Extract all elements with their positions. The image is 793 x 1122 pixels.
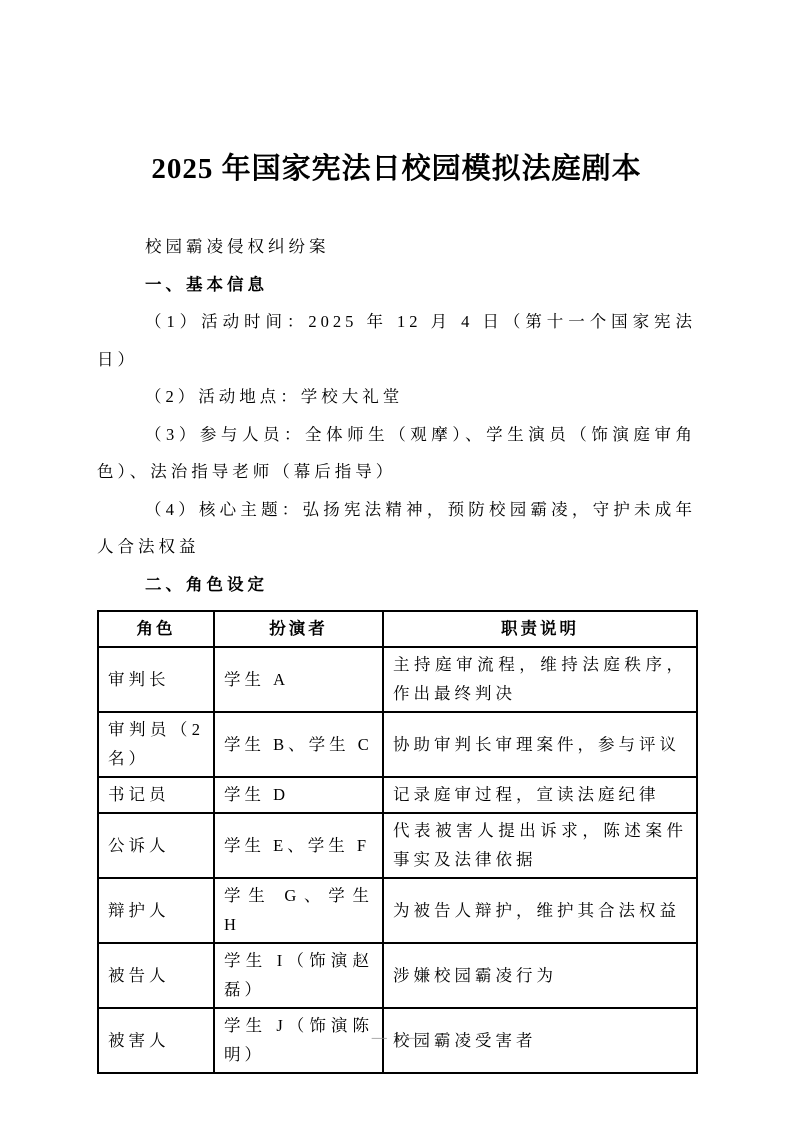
player-cell: 学生 G、学生 H: [214, 878, 383, 943]
duty-cell: 为被告人辩护，维护其合法权益: [383, 878, 697, 943]
footer-dash-left: —: [366, 1030, 393, 1046]
role-cell: 审判员（2名）: [98, 712, 214, 777]
player-cell: 学生 D: [214, 777, 383, 813]
roles-table: 角色 扮演者 职责说明 审判长 学生 A 主持庭审流程，维持法庭秩序，作出最终判…: [97, 610, 698, 1074]
document-content: 2025 年国家宪法日校园模拟法庭剧本 校园霸凌侵权纠纷案 一、基本信息 （1）…: [97, 0, 696, 1074]
player-cell: 学生 B、学生 C: [214, 712, 383, 777]
table-row: 审判长 学生 A 主持庭审流程，维持法庭秩序，作出最终判决: [98, 647, 697, 712]
footer-dash-right: —: [400, 1030, 427, 1046]
document-title: 2025 年国家宪法日校园模拟法庭剧本: [97, 150, 696, 188]
table-row: 书记员 学生 D 记录庭审过程，宣读法庭纪律: [98, 777, 697, 813]
info-item-theme: （4）核心主题：弘扬宪法精神，预防校园霸凌，守护未成年人合法权益: [97, 491, 696, 566]
table-row: 公诉人 学生 E、学生 F 代表被害人提出诉求，陈述案件事实及法律依据: [98, 813, 697, 878]
page-footer: —1—: [0, 1030, 793, 1047]
role-cell: 被告人: [98, 943, 214, 1008]
role-cell: 审判长: [98, 647, 214, 712]
duty-cell: 代表被害人提出诉求，陈述案件事实及法律依据: [383, 813, 697, 878]
info-item-participants: （3）参与人员：全体师生（观摩）、学生演员（饰演庭审角色）、法治指导老师（幕后指…: [97, 416, 696, 491]
player-cell: 学生 I（饰演赵磊）: [214, 943, 383, 1008]
info-item-time: （1）活动时间：2025 年 12 月 4 日（第十一个国家宪法日）: [97, 303, 696, 378]
player-cell: 学生 E、学生 F: [214, 813, 383, 878]
duty-cell: 主持庭审流程，维持法庭秩序，作出最终判决: [383, 647, 697, 712]
role-cell: 辩护人: [98, 878, 214, 943]
table-row: 辩护人 学生 G、学生 H 为被告人辩护，维护其合法权益: [98, 878, 697, 943]
col-header-player: 扮演者: [214, 611, 383, 647]
duty-cell: 记录庭审过程，宣读法庭纪律: [383, 777, 697, 813]
duty-cell: 涉嫌校园霸凌行为: [383, 943, 697, 1008]
table-row: 审判员（2名） 学生 B、学生 C 协助审判长审理案件，参与评议: [98, 712, 697, 777]
table-row: 被告人 学生 I（饰演赵磊） 涉嫌校园霸凌行为: [98, 943, 697, 1008]
player-cell: 学生 A: [214, 647, 383, 712]
role-cell: 公诉人: [98, 813, 214, 878]
document-page: 2025 年国家宪法日校园模拟法庭剧本 校园霸凌侵权纠纷案 一、基本信息 （1）…: [0, 0, 793, 1122]
duty-cell: 协助审判长审理案件，参与评议: [383, 712, 697, 777]
case-subtitle: 校园霸凌侵权纠纷案: [97, 228, 696, 266]
role-cell: 书记员: [98, 777, 214, 813]
info-item-location: （2）活动地点：学校大礼堂: [97, 378, 696, 416]
col-header-duty: 职责说明: [383, 611, 697, 647]
table-header-row: 角色 扮演者 职责说明: [98, 611, 697, 647]
section2-heading: 二、角色设定: [97, 566, 696, 604]
col-header-role: 角色: [98, 611, 214, 647]
section1-heading: 一、基本信息: [97, 266, 696, 304]
